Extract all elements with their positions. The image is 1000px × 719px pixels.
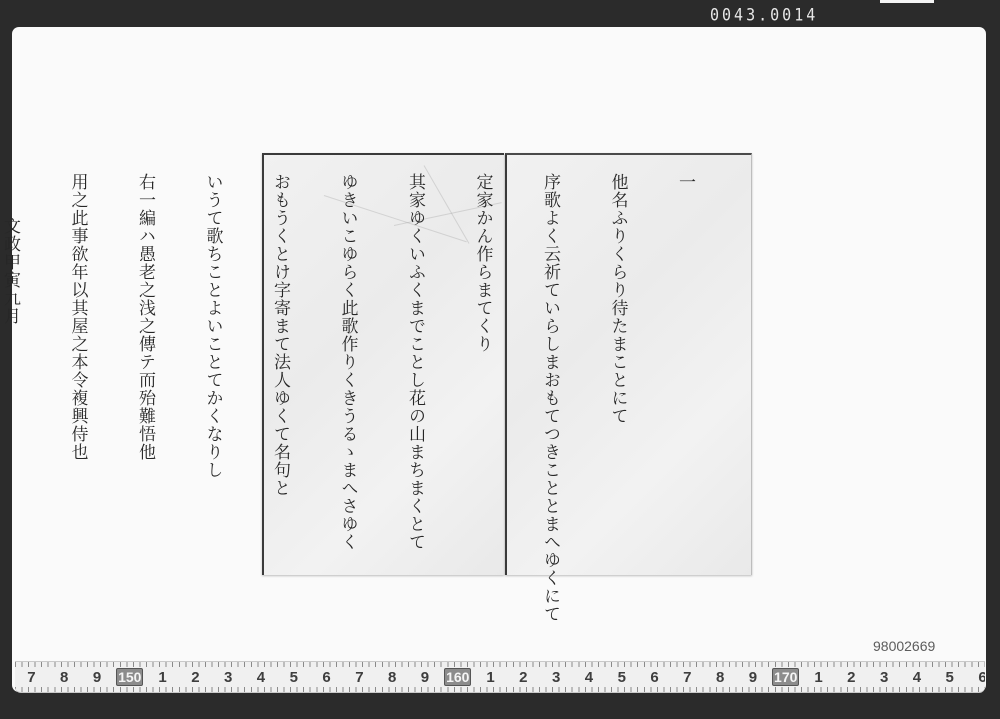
ruler-label: 7	[343, 669, 376, 686]
ruler-label: 160	[441, 668, 474, 686]
ruler-label: 1	[146, 669, 179, 686]
ruler-label: 4	[573, 669, 606, 686]
ruler-label: 4	[901, 669, 934, 686]
text-column: 一	[674, 173, 697, 563]
ruler-label: 6	[638, 669, 671, 686]
ruler-label: 170	[769, 668, 802, 686]
ruler-label: 8	[704, 669, 737, 686]
text-column: 他名ふりくらり待たまことにて	[606, 173, 629, 563]
text-column: 序歌よく云祈ていらしまおもてつきこととまへゆくにて	[539, 173, 562, 563]
ruler-label: 9	[409, 669, 442, 686]
ruler-label: 2	[507, 669, 540, 686]
ruler-label: 1	[474, 669, 507, 686]
text-column: 其家ゆくいふくまでことし花の山まちまくとて	[404, 173, 427, 563]
measurement-ruler: 7891501234567891601234567891701234567891…	[15, 661, 985, 693]
catalog-number: 98002669	[873, 638, 935, 654]
ruler-label: 6	[310, 669, 343, 686]
text-column: 右一編ハ愚老之浅之傳テ而殆難悟他	[134, 173, 157, 563]
open-book: 一 他名ふりくらり待たまことにて 序歌よく云祈ていらしまおもてつきこととまへゆく…	[262, 153, 749, 576]
frame-id: 0043.0014	[710, 5, 818, 25]
ruler-label: 3	[868, 669, 901, 686]
text-column: 用之此事欲年以其屋之本令複興侍也	[66, 173, 89, 563]
ruler-labels: 7891501234567891601234567891701234567891…	[15, 667, 985, 687]
text-column: いうて歌ちことよいことてかくなりし	[201, 173, 224, 563]
ruler-label: 8	[376, 669, 409, 686]
ruler-ticks	[15, 687, 985, 692]
text-column: ゆきいこゆらく此歌作りくきうるゝまへさゆく	[336, 173, 359, 563]
ruler-label: 2	[179, 669, 212, 686]
ruler-label: 6	[966, 669, 985, 686]
text-column: おもうくとけ字寄まて法人ゆくて名句と	[269, 173, 292, 563]
right-page: 一 他名ふりくらり待たまことにて 序歌よく云祈ていらしまおもてつきこととまへゆく…	[505, 153, 752, 575]
ruler-label: 2	[835, 669, 868, 686]
top-edge-marker	[880, 0, 934, 3]
ruler-label: 9	[81, 669, 114, 686]
ruler-label: 3	[540, 669, 573, 686]
ruler-label: 150	[113, 668, 146, 686]
ruler-label: 7	[15, 669, 48, 686]
ruler-label: 9	[737, 669, 770, 686]
ruler-label: 8	[48, 669, 81, 686]
handwritten-text: 一 他名ふりくらり待たまことにて 序歌よく云祈ていらしまおもてつきこととまへゆく…	[0, 173, 741, 563]
ruler-label: 5	[277, 669, 310, 686]
text-column: 文政甲寅九月	[0, 173, 21, 563]
ruler-label: 5	[933, 669, 966, 686]
text-column: 定家かん作らまてくり	[471, 173, 494, 563]
ruler-label: 5	[605, 669, 638, 686]
ruler-label: 3	[212, 669, 245, 686]
ruler-label: 7	[671, 669, 704, 686]
ruler-label: 4	[245, 669, 278, 686]
ruler-label: 1	[802, 669, 835, 686]
